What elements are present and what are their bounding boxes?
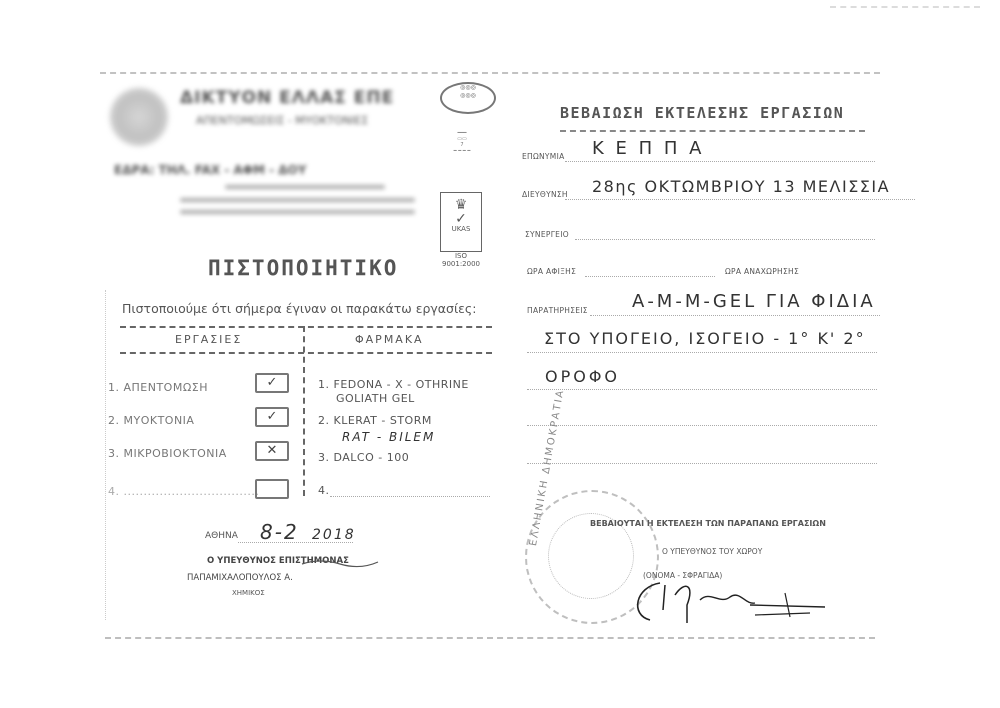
drug-item: 3. DALCO - 100 — [318, 451, 409, 464]
certificate-title: ΠΙΣΤΟΠΟΙΗΤΙΚΟ — [208, 256, 398, 280]
arrival-label: ΩΡΑ ΑΦΙΞΗΣ — [527, 267, 576, 276]
certification-seal-icon: ◎◎◎◎◎◎ — [440, 82, 496, 114]
departure-label: ΩΡΑ ΑΝΑΧΩΡΗΣΗΣ — [725, 267, 799, 276]
site-responsible-label: Ο ΥΠΕΥΘΥΝΟΣ ΤΟΥ ΧΩΡΟΥ — [662, 547, 762, 556]
arrival-line[interactable] — [585, 276, 715, 277]
work-checkbox[interactable]: ✓ — [255, 407, 289, 427]
date-year: 2018 — [312, 527, 356, 543]
work-checkbox[interactable]: ✓ — [255, 373, 289, 393]
ukas-label: UKAS — [452, 225, 471, 233]
name-value[interactable]: Κ Ε Π Π Α — [592, 138, 704, 159]
work-item: 3. ΜΙΚΡΟΒΙΟΚΤΟΝΙΑ — [108, 447, 227, 460]
notes-line — [590, 315, 880, 316]
work-item: 1. ΑΠΕΝΤΟΜΩΣΗ — [108, 381, 208, 394]
name-line — [565, 161, 875, 162]
notes-line — [527, 352, 877, 353]
address-value[interactable]: 28ης ΟΚΤΩΜΒΡΙΟΥ 13 ΜΕΛΙΣΣΙΑ — [592, 177, 890, 196]
drug-item: 2. KLERAT - STORM — [318, 414, 432, 427]
title-underline — [560, 130, 865, 132]
drug-item-cont: GOLIATH GEL — [336, 392, 415, 405]
company-name: ΔΙΚΤΥΟΝ ΕΛΛΑΣ ΕΠΕ — [180, 88, 394, 108]
notes-line — [527, 389, 877, 390]
notes-line — [527, 463, 877, 464]
blurred-line — [180, 198, 415, 202]
company-subtitle: ΑΠΕΝΤΟΜΩΣΕΙΣ - ΜΥΟΚΤΟΝΙΕΣ — [196, 114, 368, 127]
work-item: 2. ΜΥΟΚΤΟΝΙΑ — [108, 414, 194, 427]
signature-stroke-icon — [300, 556, 380, 570]
notes-line — [527, 425, 877, 426]
document-bottom-border — [105, 637, 875, 639]
address-label: ΔΙΕΥΘΥΝΣΗ — [522, 190, 568, 199]
checkmark-icon: ✓ — [441, 213, 481, 225]
work-checkbox[interactable] — [255, 479, 289, 499]
blurred-line — [180, 210, 415, 214]
work-checkbox[interactable]: ✕ — [255, 441, 289, 461]
ukas-badge: ♛ ✓ UKAS — [440, 192, 482, 252]
crew-line[interactable] — [575, 239, 875, 240]
notes-label: ΠΑΡΑΤΗΡΗΣΕΙΣ — [527, 306, 588, 315]
document-top-border — [100, 72, 880, 74]
column-header-works: ΕΡΓΑΣΙΕΣ — [175, 333, 242, 346]
address-line — [565, 199, 915, 200]
notes-line-3[interactable]: ΟΡΟΦΟ — [545, 367, 620, 386]
iso-text: ISO — [438, 252, 484, 260]
scientist-name: ΠΑΠΑΜΙΧΑΛΟΠΟΥΛΟΣ Α. — [187, 573, 293, 583]
accreditation-logo-icon: ━━━▭▭7━ ━ ━ ━ — [432, 130, 492, 154]
drug-item: 1. FEDONA - X - OTHRINE — [318, 378, 469, 391]
signature-icon — [625, 575, 835, 625]
table-header-rule — [120, 352, 492, 354]
drug-item: 4. — [318, 484, 330, 497]
notes-line-1[interactable]: Α-Μ-Μ-GEL ΓΙΑ ΦΙΔΙΑ — [632, 291, 876, 312]
column-header-drugs: ΦΑΡΜΑΚΑ — [355, 333, 424, 346]
certificate-intro: Πιστοποιούμε ότι σήμερα έγιναν οι παρακά… — [122, 301, 476, 316]
table-column-divider — [303, 326, 305, 496]
crew-label: ΣΥΝΕΡΓΕΙΟ — [525, 230, 569, 239]
date-value: 8-2 — [260, 520, 299, 544]
scan-artifact-line — [830, 6, 980, 8]
company-emblem-icon — [110, 88, 168, 146]
blurred-line — [225, 185, 385, 189]
work-item: 4. .................................. — [108, 485, 259, 498]
confirmation-title: ΒΕΒΑΙΩΣΗ ΕΚΤΕΛΕΣΗΣ ΕΡΓΑΣΙΩΝ — [560, 104, 844, 122]
date-label: ΑΘΗΝΑ — [205, 531, 238, 541]
company-address: ΕΔΡΑ: ΤΗΛ. FAX - ΑΦΜ - ΔΟΥ — [114, 163, 306, 177]
iso-standard: 9001:2000 — [438, 260, 484, 268]
drug-blank-line — [330, 496, 490, 497]
scientist-title: ΧΗΜΙΚΟΣ — [232, 589, 265, 597]
drug-item-handwritten: RAT - BILEM — [342, 430, 435, 444]
document-left-edge — [105, 290, 106, 620]
iso-label: ISO 9001:2000 — [438, 252, 484, 268]
notes-line-2[interactable]: ΣΤΟ ΥΠΟΓΕΙΟ, ΙΣΟΓΕΙΟ - 1° Κ' 2° — [544, 329, 866, 348]
confirmation-statement: ΒΕΒΑΙΟΥΤΑΙ Η ΕΚΤΕΛΕΣΗ ΤΩΝ ΠΑΡΑΠΑΝΩ ΕΡΓΑΣ… — [590, 519, 826, 528]
table-top-rule — [120, 326, 492, 328]
name-label: ΕΠΩΝΥΜΙΑ — [522, 152, 565, 161]
